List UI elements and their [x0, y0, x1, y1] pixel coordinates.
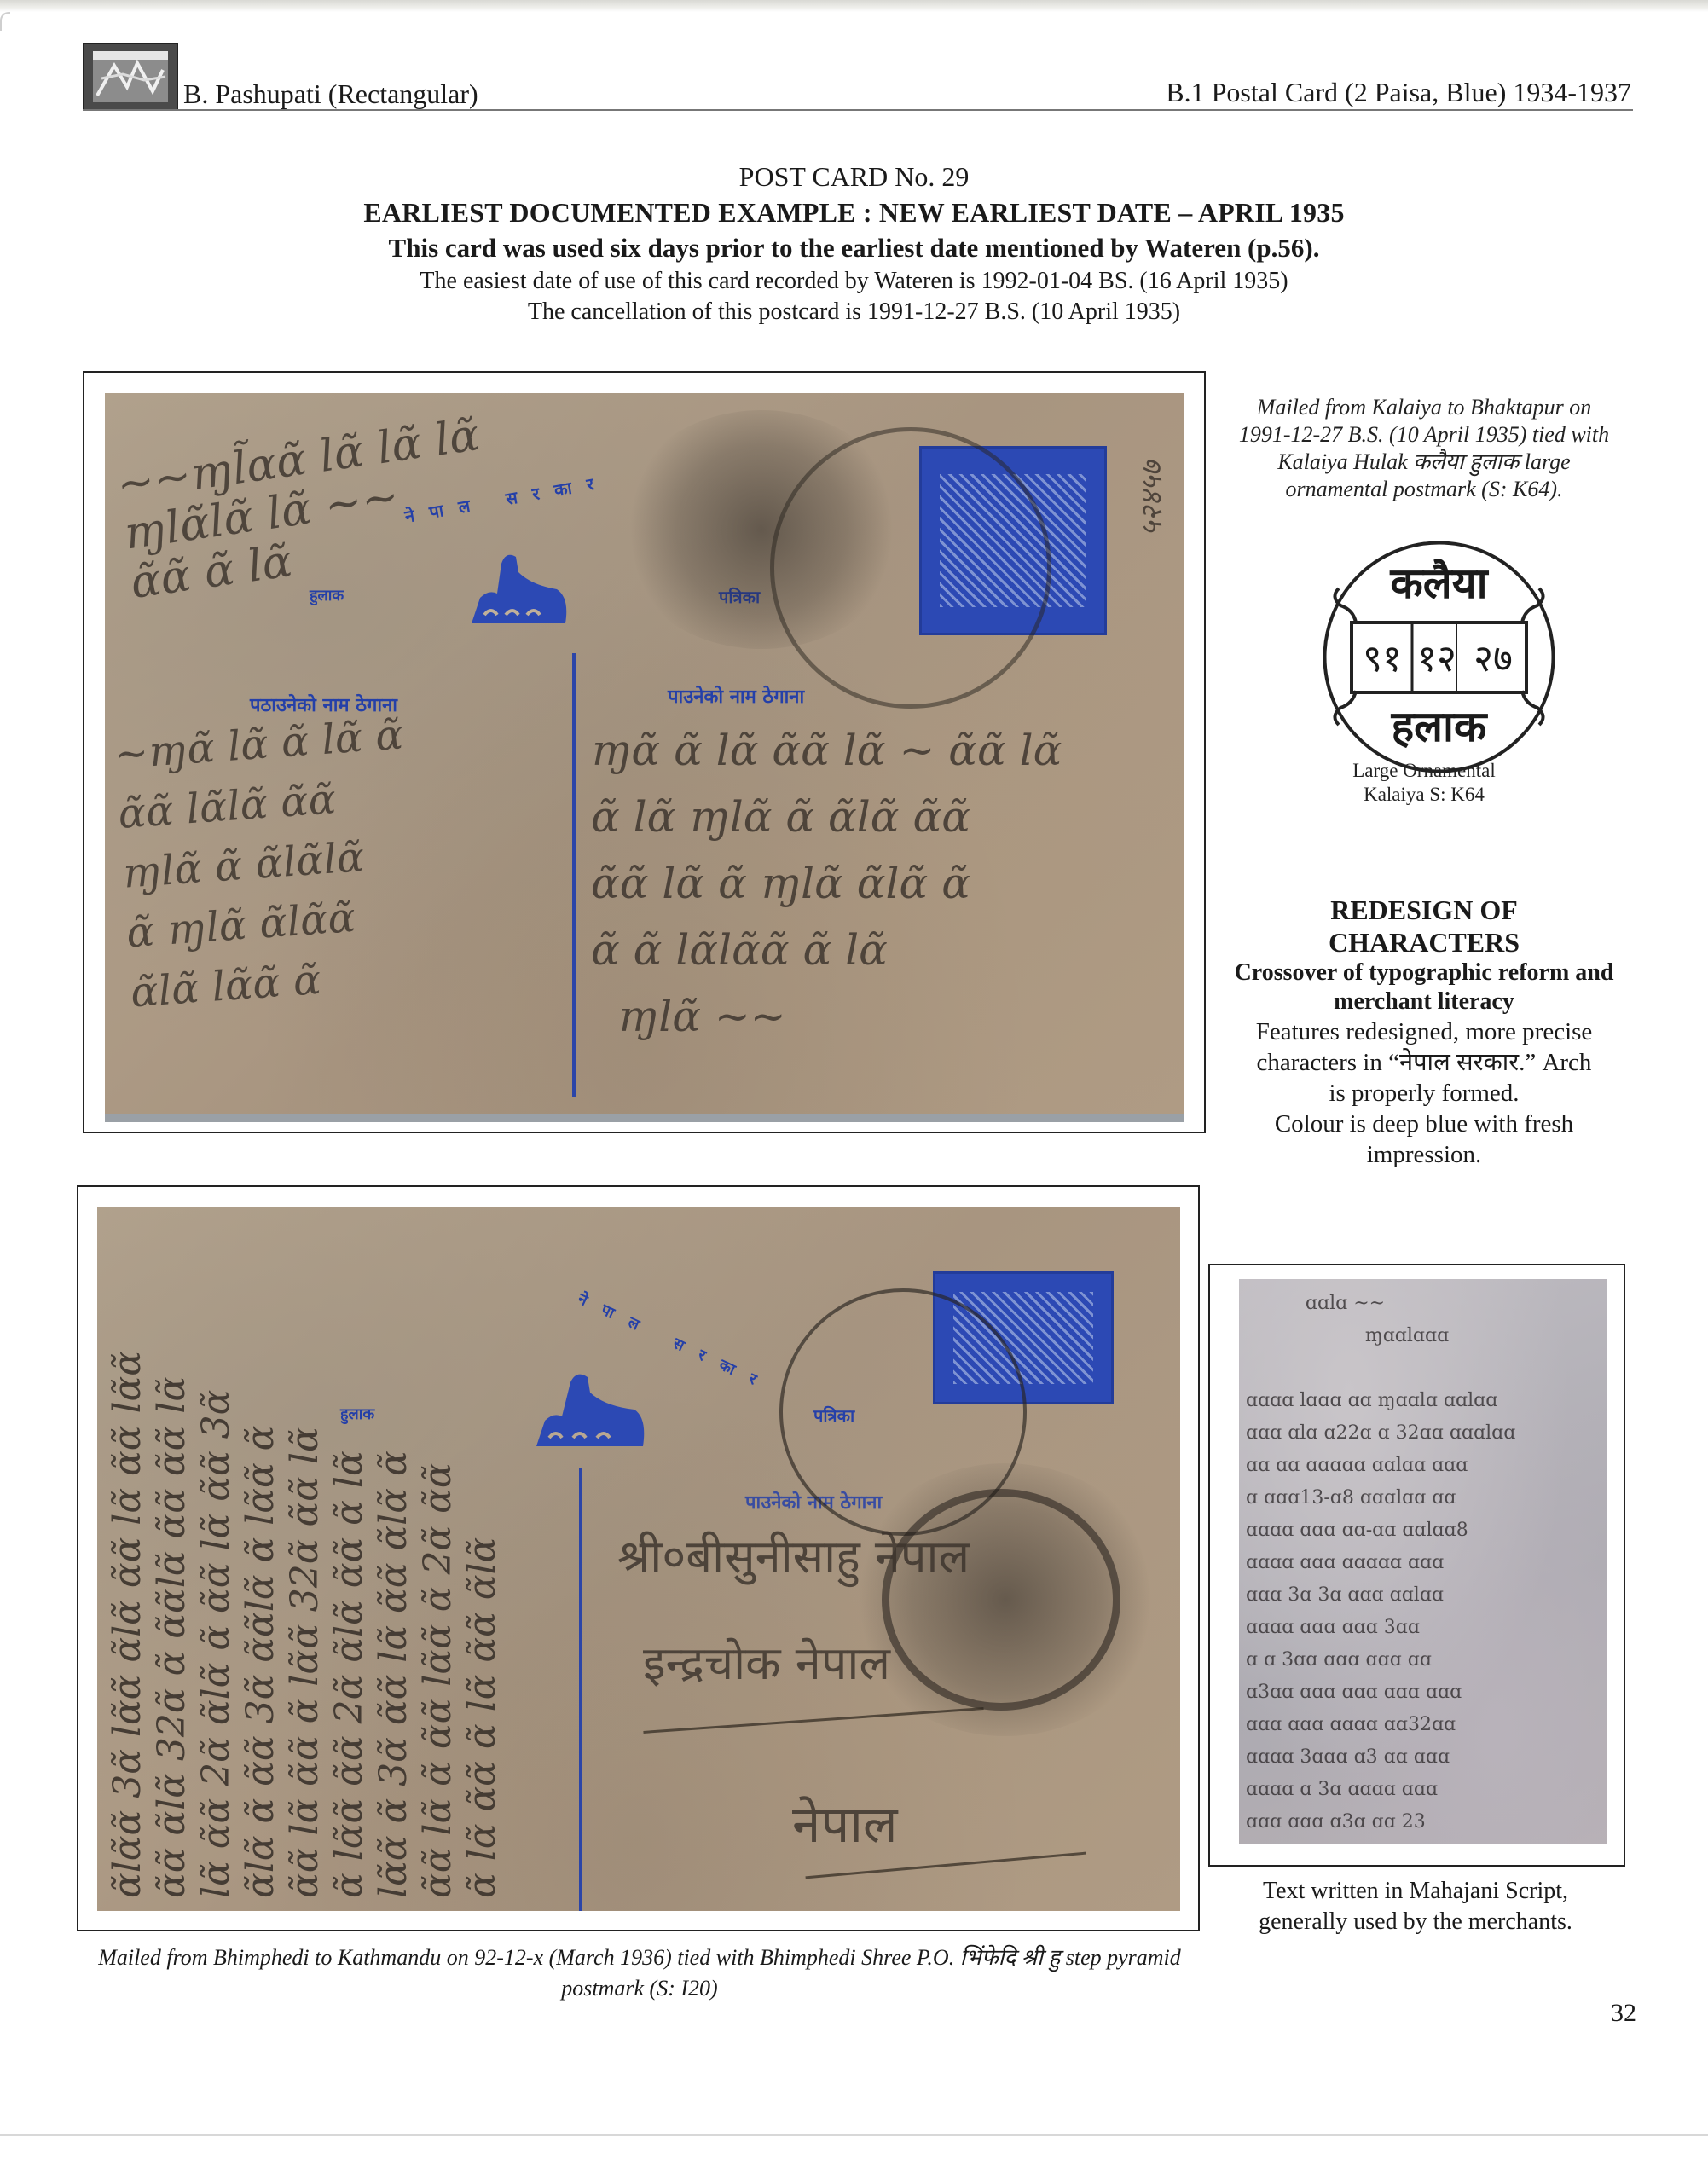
handwriting-right: ɱɑ̃ ɑ̃ lɑ̃ ɑ̃ɑ̃ lɑ̃ ~ ɑ̃ɑ̃ lɑ̃ɑ̃ lɑ̃ ɱlɑ…: [591, 717, 1171, 1050]
hulak-label: हुलाक: [340, 1404, 374, 1424]
redesign-heading-1: REDESIGN OF: [1232, 894, 1616, 926]
section-title-right: B.1 Postal Card (2 Paisa, Blue) 1934-193…: [1166, 77, 1631, 108]
redesign-body-1: Features redesigned, more precise charac…: [1232, 1016, 1616, 1109]
address-line-2: इन्द्रचोक नेपाल: [643, 1630, 890, 1693]
postmark-date-month: १२: [1413, 631, 1461, 682]
mahajani-script-image: ɑɑlɑ ~~ ɱɑɑlɑɑɑ ɑɑɑɑ lɑɑɑ ɑɑ ɱɑɑlɑ ɑɑlɑɑ…: [1239, 1279, 1607, 1844]
mahajani-vertical-handwriting: ɑ̃lɑ̃ɑ̃ 3ɑ̃ lɑ̃ɑ̃ ɑ̃lɑ̃ ɑ̃ɑ̃ lɑ̃ ɑ̃ɑ̃ lɑ…: [106, 1216, 549, 1898]
pashupati-logo-icon: [83, 43, 178, 111]
page-top-edge: [0, 0, 1708, 12]
cancellation-date-note: The cancellation of this postcard is 199…: [0, 297, 1708, 327]
postmark-caption-line2: Kalaiya S: K64: [1232, 783, 1616, 807]
top-postcard-frame: ~~ɱl̃ɑɑ̃ lɑ̃ lɑ̃ lɑ̃ɱlɑ̃lɑ̃ lɑ̃ ~~ɑ̃ɑ̃ ɑ…: [83, 371, 1206, 1133]
recipient-label: पाउनेको नाम ठेगाना: [668, 683, 804, 709]
address-line-1: श्री०बीसुनीसाहु नेपाल: [617, 1523, 970, 1586]
wateren-date-note: The easiest date of use of this card rec…: [0, 266, 1708, 297]
handwriting-left-lower: ~ɱɑ̃ lɑ̃ ɑ̃ lɑ̃ ɑ̃ɑ̃ɑ̃ lɑ̃lɑ̃ ɑ̃ɑ̃ɱlɑ̃ ɑ…: [112, 693, 592, 1023]
postmark-top-text: कलैया: [1317, 553, 1560, 611]
mahajani-caption: Text written in Mahajani Script, general…: [1194, 1876, 1637, 1937]
mahajani-script-frame: ɑɑlɑ ~~ ɱɑɑlɑɑɑ ɑɑɑɑ lɑɑɑ ɑɑ ɱɑɑlɑ ɑɑlɑɑ…: [1208, 1264, 1625, 1867]
kalaiya-postmark-strike: [770, 427, 1051, 709]
arrival-postmark-strike: [882, 1489, 1120, 1711]
redesign-subheading: Crossover of typographic reform and merc…: [1232, 958, 1616, 1016]
six-days-note: This card was used six days prior to the…: [0, 230, 1708, 266]
page-bottom-edge: [0, 2134, 1708, 2136]
bhimphedi-mailing-caption: Mailed from Bhimphedi to Kathmandu on 92…: [85, 1943, 1194, 2004]
postmark-date-year: ९१: [1353, 631, 1411, 682]
card-divider-line: [572, 653, 576, 1097]
redesign-heading-2: CHARACTERS: [1232, 926, 1616, 958]
postmark-date-day: २७: [1461, 631, 1526, 682]
kalaiya-postmark-drawing: कलैया ९१ १२ २७ हलाक: [1317, 536, 1560, 779]
earliest-heading: EARLIEST DOCUMENTED EXAMPLE : NEW EARLIE…: [0, 194, 1708, 230]
card-divider-line: [579, 1468, 582, 1911]
top-postcard-image: ~~ɱl̃ɑɑ̃ lɑ̃ lɑ̃ lɑ̃ɱlɑ̃lɑ̃ lɑ̃ ~~ɑ̃ɑ̃ ɑ…: [105, 393, 1184, 1122]
mahajani-caption-line2: generally used by the merchants.: [1194, 1907, 1637, 1937]
page-number: 32: [1611, 1999, 1636, 2028]
bottom-postcard-image: ɑ̃lɑ̃ɑ̃ 3ɑ̃ lɑ̃ɑ̃ ɑ̃lɑ̃ ɑ̃ɑ̃ lɑ̃ ɑ̃ɑ̃ lɑ…: [97, 1207, 1180, 1911]
mahajani-caption-line1: Text written in Mahajani Script,: [1194, 1876, 1637, 1907]
title-block: POST CARD No. 29 EARLIEST DOCUMENTED EXA…: [0, 159, 1708, 327]
redesign-block: REDESIGN OF CHARACTERS Crossover of typo…: [1232, 894, 1616, 1170]
kalaiya-mailing-caption: Mailed from Kalaiya to Bhaktapur on 1991…: [1232, 394, 1616, 503]
hulak-label: हुलाक: [310, 585, 344, 605]
postmark-caption-line1: Large Ornamental: [1232, 759, 1616, 783]
header-rule: [83, 109, 1633, 111]
horse-emblem-icon: [455, 547, 574, 632]
section-title-left: B. Pashupati (Rectangular): [183, 78, 478, 110]
horse-emblem-icon: [524, 1365, 651, 1455]
redesign-body-2: Colour is deep blue with fresh impressio…: [1232, 1109, 1616, 1170]
bottom-postcard-frame: ɑ̃lɑ̃ɑ̃ 3ɑ̃ lɑ̃ɑ̃ ɑ̃lɑ̃ ɑ̃ɑ̃ lɑ̃ ɑ̃ɑ̃ lɑ…: [77, 1185, 1200, 1931]
postmark-bottom-text: हलाक: [1317, 696, 1560, 754]
side-number-handwritten: ५२४५७: [1132, 461, 1172, 536]
postmark-caption: Large Ornamental Kalaiya S: K64: [1232, 759, 1616, 807]
mahajani-handwriting: ɑɑlɑ ~~ ɱɑɑlɑɑɑ ɑɑɑɑ lɑɑɑ ɑɑ ɱɑɑlɑ ɑɑlɑɑ…: [1246, 1288, 1604, 1844]
postcard-number: POST CARD No. 29: [0, 159, 1708, 194]
sender-label: पठाउनेको नाम ठेगाना: [250, 692, 397, 717]
address-line-3: नेपाल: [792, 1787, 898, 1857]
